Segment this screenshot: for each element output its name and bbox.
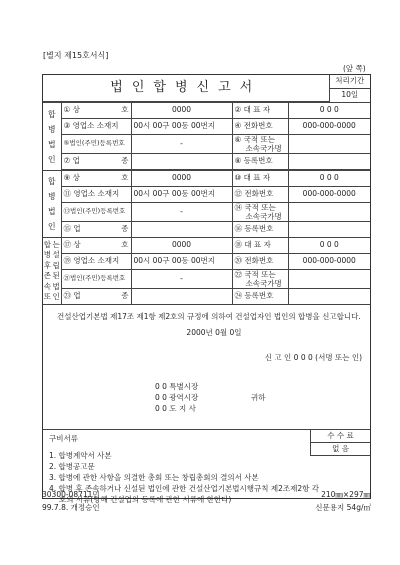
license-number-field[interactable] [288,289,370,305]
representative-field[interactable]: 0 0 0 [288,238,370,254]
declaration-text: 건설산업기본법 제17조 제1항 제2호의 규정에 의하여 건설업자인 법인의 … [43,305,370,322]
license-number-field[interactable] [288,222,370,238]
approval-date: 99.7.8. 개정승인 [42,502,100,513]
license-number-field[interactable] [288,154,370,170]
label-business-type: ㉓ 업종 [61,289,131,305]
label-representative: ⑩ 대 표 자 [232,171,288,187]
label-nationality: ⑭ 국적 또는소속국가명 [232,203,288,222]
declaration-block: 건설산업기본법 제17조 제1항 제2호의 규정에 의하여 건설업자인 법인의 … [43,305,370,430]
company-name-field[interactable]: 0000 [131,171,232,187]
fee-label: 수 수 료 [311,430,371,443]
label-office-address: ⑲ 영업소 소재지 [61,254,131,270]
merger-report-form: 법인합병신고서 처리기간 10일 합병법인 ① 상호 0000 ② 대 표 자 … [42,74,371,499]
company-name-field[interactable]: 0000 [131,238,232,254]
required-docs-header: 구비서류 [49,433,78,444]
company-name-field[interactable]: 0000 [131,103,232,119]
label-registration-number: ⑬법인(주민)등록번호 [61,203,131,222]
processing-period-value: 10일 [329,88,370,101]
office-address-field[interactable]: 00시 00구 00동 00번지 [131,187,232,203]
label-representative: ② 대 표 자 [232,103,288,119]
page-side-label: (앞 쪽) [343,63,366,74]
required-docs-block: 구비서류 수 수 료 없 음 1. 합병계약서 사본 2. 합병공고문 3. 합… [43,430,370,498]
label-nationality: ⑥ 국적 또는소속국가명 [232,135,288,154]
doc-item: 1. 합병계약서 사본 [49,450,369,461]
office-address-field[interactable]: 00시 00구 00동 00번지 [131,254,232,270]
section3-label-col2: 는 설 립 된 법 인 [52,240,60,303]
form-title: 법인합병신고서 [43,75,329,102]
label-company-name: ⑨ 상호 [61,171,131,187]
label-office-address: ⑪ 영업소 소재지 [61,187,131,203]
label-license-number: ㉔ 등록번호 [232,289,288,305]
representative-field[interactable]: 0 0 0 [288,103,370,119]
nationality-field[interactable] [288,135,370,154]
label-registration-number: ㉑법인(주민)등록번호 [61,270,131,289]
label-phone: ⑳ 전화번호 [232,254,288,270]
doc-item: 3. 합병에 관한 사항을 의결한 총회 또는 창립총회의 결의서 사본 [49,472,369,483]
business-type-field[interactable] [131,222,232,238]
recipient-special-city: 0 0 특별시장 [155,381,370,392]
registration-number-field[interactable]: - [131,135,232,154]
applicant-signature[interactable]: 신 고 인 0 0 0 (서명 또는 인) [43,352,370,363]
label-nationality: ㉒ 국적 또는소속국가명 [232,270,288,289]
section3-label-col1: 합 병 후 존 속 또 [43,240,51,303]
form-code: 30300-08711민 [42,489,100,500]
phone-field[interactable]: 000-000-0000 [288,119,370,135]
company-info-table: 합병법인 ① 상호 0000 ② 대 표 자 0 0 0 ③ 영업소 소재지 0… [43,102,370,305]
label-representative: ⑱ 대 표 자 [232,238,288,254]
title-table: 법인합병신고서 처리기간 10일 [43,75,370,102]
label-phone: ⑫ 전화번호 [232,187,288,203]
nationality-field[interactable] [288,270,370,289]
business-type-field[interactable] [131,289,232,305]
registration-number-field[interactable]: - [131,203,232,222]
business-type-field[interactable] [131,154,232,170]
label-phone: ④ 전화번호 [232,119,288,135]
recipient-block: 0 0 특별시장 0 0 광역시장 0 0 도 지 사 귀하 [43,381,370,427]
paper-type: 신문용지 54g/㎡ [315,502,371,513]
nationality-field[interactable] [288,203,370,222]
representative-field[interactable]: 0 0 0 [288,171,370,187]
paper-size: 210㎜×297㎜ [321,489,371,500]
phone-field[interactable]: 000-000-0000 [288,187,370,203]
phone-field[interactable]: 000-000-0000 [288,254,370,270]
registration-number-field[interactable]: - [131,270,232,289]
recipient-governor: 0 0 도 지 사 [155,403,370,414]
label-registration-number: ⑤법인(주민)등록번호 [61,135,131,154]
label-office-address: ③ 영업소 소재지 [61,119,131,135]
label-license-number: ⑯ 등록번호 [232,222,288,238]
label-business-type: ⑮ 업종 [61,222,131,238]
section1-label: 합병법인 [43,103,61,171]
label-license-number: ⑧ 등록번호 [232,154,288,170]
label-business-type: ⑦ 업종 [61,154,131,170]
section2-label: 합병법인 [43,171,61,238]
honorific: 귀하 [251,392,266,403]
doc-item: 2. 합병공고문 [49,461,369,472]
office-address-field[interactable]: 00시 00구 00동 00번지 [131,119,232,135]
processing-period-label: 처리기간 [329,75,370,88]
label-company-name: ① 상호 [61,103,131,119]
section3-label: 합 병 후 존 속 또 는 설 립 된 법 인 [43,238,61,305]
form-number: [별지 제15호서식] [43,50,108,61]
report-date[interactable]: 2000년 0월 0일 [43,327,370,338]
label-company-name: ⑰ 상호 [61,238,131,254]
